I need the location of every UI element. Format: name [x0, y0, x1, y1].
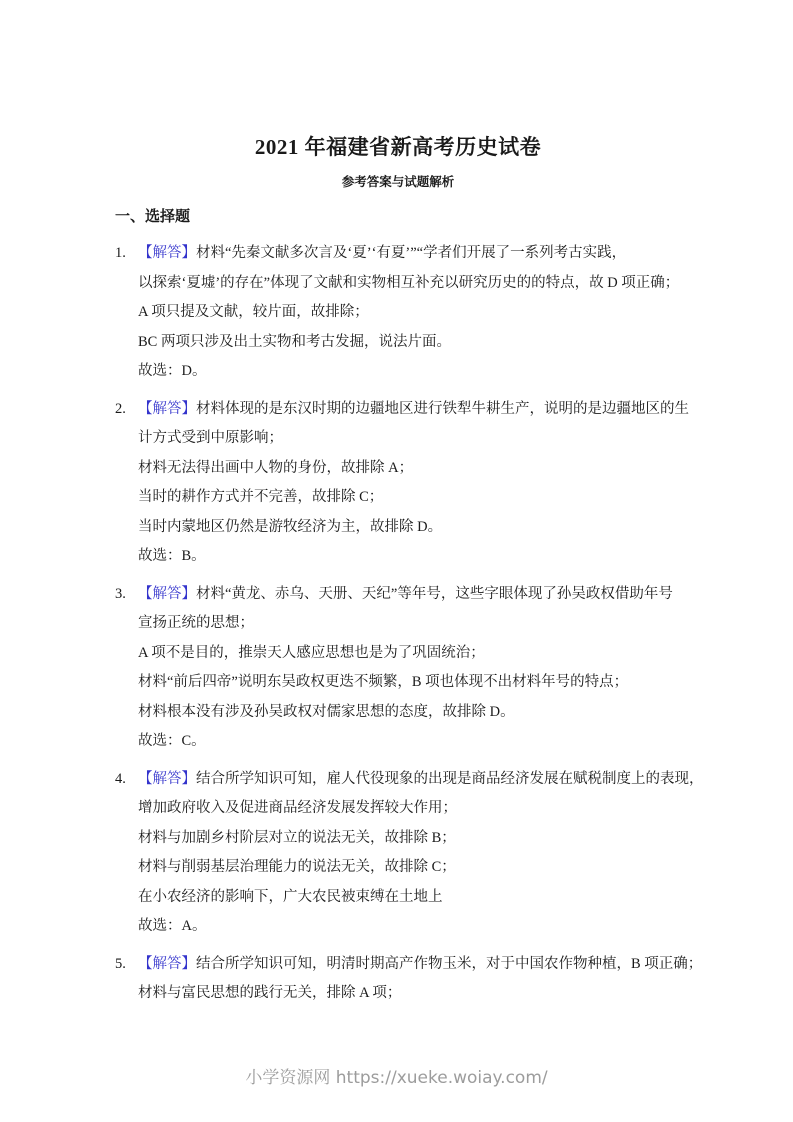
answer-text: 结合所学知识可知，雇人代役现象的出现是商品经济发展在赋税制度上的表现， [196, 771, 704, 787]
answer-item-5: 5. 【解答】结合所学知识可知，明清时期高产作物玉米，对于中国农作物种植，B 项… [115, 950, 681, 1009]
answer-text: 材料“黄龙、赤乌、天册、天纪”等年号，这些字眼体现了孙吴政权借助年号 [196, 586, 673, 602]
answer-line: A 项不是目的，推崇天人感应思想也是为了巩固统治； [138, 639, 681, 669]
answer-line: 故选：A。 [138, 912, 704, 942]
answer-line: 计方式受到中原影响； [138, 424, 689, 454]
answer-line: A 项只提及文献，较片面，故排除； [138, 298, 681, 328]
answer-text: 材料“先秦文献多次言及‘夏’‘有夏’”“学者们开展了一系列考古实践， [196, 245, 626, 261]
answer-text: 材料体现的是东汉时期的边疆地区进行铁犁牛耕生产，说明的是边疆地区的生 [196, 401, 689, 417]
answer-line: 增加政府收入及促进商品经济发展发挥较大作用； [138, 794, 704, 824]
answer-line: 故选：C。 [138, 727, 681, 757]
answer-item-3: 3. 【解答】材料“黄龙、赤乌、天册、天纪”等年号，这些字眼体现了孙吴政权借助年… [115, 580, 681, 757]
item-number: 4. [115, 765, 138, 942]
answer-line: 材料根本没有涉及孙吴政权对儒家思想的态度，故排除 D。 [138, 698, 681, 728]
answer-tag: 【解答】 [138, 401, 196, 417]
item-number: 1. [115, 239, 138, 387]
item-body: 【解答】结合所学知识可知，明清时期高产作物玉米，对于中国农作物种植，B 项正确；… [138, 950, 702, 1009]
answer-line: 在小农经济的影响下，广大农民被束缚在土地上 [138, 883, 704, 913]
item-body: 【解答】材料“黄龙、赤乌、天册、天纪”等年号，这些字眼体现了孙吴政权借助年号 宣… [138, 580, 681, 757]
answer-item-1: 1. 【解答】材料“先秦文献多次言及‘夏’‘有夏’”“学者们开展了一系列考古实践… [115, 239, 681, 387]
answer-tag: 【解答】 [138, 586, 196, 602]
item-body: 【解答】结合所学知识可知，雇人代役现象的出现是商品经济发展在赋税制度上的表现， … [138, 765, 704, 942]
answer-line: 材料“前后四帝”说明东吴政权更迭不频繁，B 项也体现不出材料年号的特点； [138, 668, 681, 698]
answer-tag: 【解答】 [138, 956, 196, 972]
item-number: 5. [115, 950, 138, 1009]
answer-line: 以探索‘夏墟’的存在”体现了文献和实物相互补充以研究历史的的特点，故 D 项正确… [138, 269, 681, 299]
item-body: 【解答】材料体现的是东汉时期的边疆地区进行铁犁牛耕生产，说明的是边疆地区的生 计… [138, 395, 689, 572]
answer-items: 1. 【解答】材料“先秦文献多次言及‘夏’‘有夏’”“学者们开展了一系列考古实践… [115, 239, 681, 1009]
answer-line: 当时的耕作方式并不完善，故排除 C； [138, 483, 689, 513]
answer-line: 当时内蒙地区仍然是游牧经济为主，故排除 D。 [138, 513, 689, 543]
answer-line: 【解答】材料“黄龙、赤乌、天册、天纪”等年号，这些字眼体现了孙吴政权借助年号 [138, 580, 681, 610]
answer-line: 材料与加剧乡村阶层对立的说法无关，故排除 B； [138, 824, 704, 854]
answer-line: 材料与富民思想的践行无关，排除 A 项； [138, 979, 702, 1009]
answer-line: 材料无法得出画中人物的身份，故排除 A； [138, 454, 689, 484]
answer-text: 结合所学知识可知，明清时期高产作物玉米，对于中国农作物种植，B 项正确； [196, 956, 702, 972]
document-page: 2021 年福建省新高考历史试卷 参考答案与试题解析 一、选择题 1. 【解答】… [115, 0, 681, 1017]
item-number: 2. [115, 395, 138, 572]
answer-line: 【解答】材料体现的是东汉时期的边疆地区进行铁犁牛耕生产，说明的是边疆地区的生 [138, 395, 689, 425]
answer-line: 【解答】结合所学知识可知，明清时期高产作物玉米，对于中国农作物种植，B 项正确； [138, 950, 702, 980]
item-number: 3. [115, 580, 138, 757]
answer-tag: 【解答】 [138, 245, 196, 261]
answer-line: 【解答】结合所学知识可知，雇人代役现象的出现是商品经济发展在赋税制度上的表现， [138, 765, 704, 795]
site-watermark: 小学资源网 https://xueke.woiay.com/ [0, 1063, 793, 1088]
answer-item-2: 2. 【解答】材料体现的是东汉时期的边疆地区进行铁犁牛耕生产，说明的是边疆地区的… [115, 395, 681, 572]
item-body: 【解答】材料“先秦文献多次言及‘夏’‘有夏’”“学者们开展了一系列考古实践， 以… [138, 239, 681, 387]
section-heading: 一、选择题 [115, 206, 681, 228]
page-subtitle: 参考答案与试题解析 [115, 174, 681, 191]
answer-line: 【解答】材料“先秦文献多次言及‘夏’‘有夏’”“学者们开展了一系列考古实践， [138, 239, 681, 269]
answer-line: 宣扬正统的思想； [138, 609, 681, 639]
answer-item-4: 4. 【解答】结合所学知识可知，雇人代役现象的出现是商品经济发展在赋税制度上的表… [115, 765, 681, 942]
answer-line: 材料与削弱基层治理能力的说法无关，故排除 C； [138, 853, 704, 883]
answer-line: 故选：D。 [138, 357, 681, 387]
page-title: 2021 年福建省新高考历史试卷 [115, 133, 681, 162]
answer-line: 故选：B。 [138, 542, 689, 572]
answer-tag: 【解答】 [138, 771, 196, 787]
answer-line: BC 两项只涉及出土实物和考古发掘，说法片面。 [138, 328, 681, 358]
